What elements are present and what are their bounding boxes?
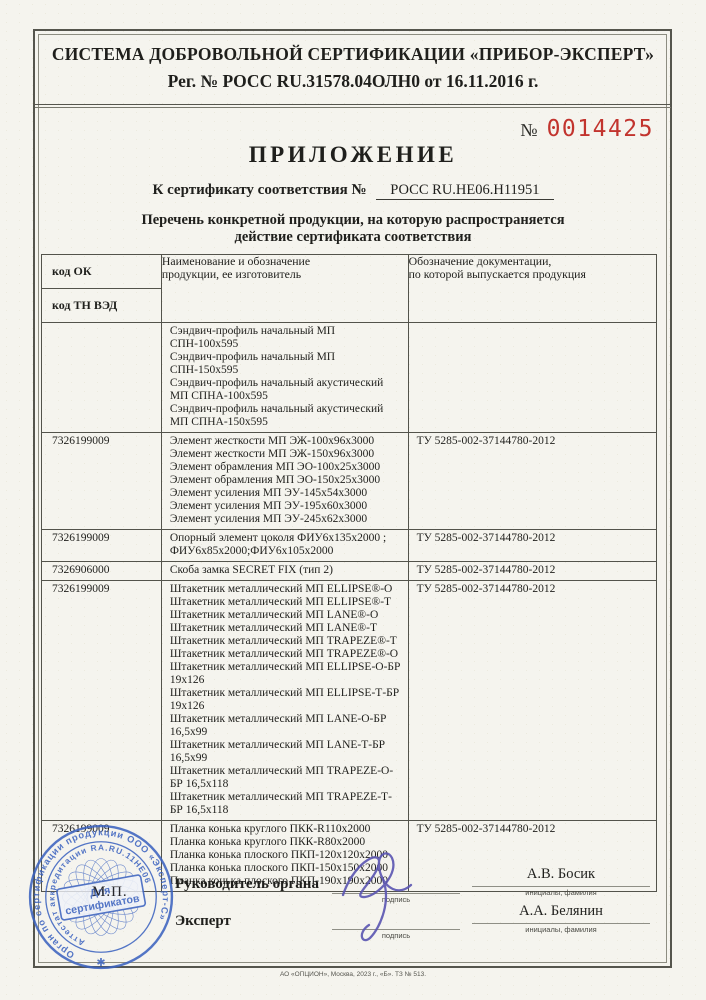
doc-cell: ТУ 5285-002-37144780-2012: [408, 433, 656, 530]
product-name-line: Штакетник металлический МП ELLIPSE-Т-БР …: [170, 687, 402, 713]
name-caption-2: инициалы, фамилия: [472, 925, 650, 934]
table-row: 7326906000Скоба замка SECRET FIX (тип 2)…: [42, 562, 657, 581]
header-code-cell: код ОК код ТН ВЭД: [42, 255, 162, 323]
product-name-line: Опорный элемент цоколя ФИУ6х135х2000 ; Ф…: [170, 532, 402, 558]
products-list-subtitle: Перечень конкретной продукции, на котору…: [45, 212, 661, 246]
form-serial: № 0014425: [520, 116, 654, 142]
code-cell: 7326906000: [42, 562, 162, 581]
code-cell: 7326199009: [42, 530, 162, 562]
product-name-line: Элемент жесткости МП ЭЖ-150х96х3000: [170, 448, 402, 461]
code-cell: 7326199009: [42, 433, 162, 530]
product-name-line: Штакетник металлический МП ELLIPSE®-Т: [170, 596, 402, 609]
code-cell: [42, 323, 162, 433]
product-name-cell: Элемент жесткости МП ЭЖ-100х96х3000Элеме…: [161, 433, 408, 530]
head-of-body-label: Руководитель органа: [175, 876, 319, 893]
doc-cell: [408, 323, 656, 433]
product-name-line: Штакетник металлический МП LANE®-О: [170, 609, 402, 622]
document-header: СИСТЕМА ДОБРОВОЛЬНОЙ СЕРТИФИКАЦИИ «ПРИБО…: [45, 44, 661, 92]
page-title: ПРИЛОЖЕНИЕ: [45, 142, 661, 168]
stamp-asterisk-icon: ✱: [96, 957, 105, 969]
header-code-tnved: код ТН ВЭД: [42, 289, 161, 322]
product-name-line: Элемент обрамления МП ЭО-100х25х3000: [170, 461, 402, 474]
header-divider-bottom: [35, 107, 671, 108]
table-row: 7326199009Опорный элемент цоколя ФИУ6х13…: [42, 530, 657, 562]
product-name-line: Сэндвич-профиль начальный акустический М…: [170, 403, 402, 429]
name-line-1: [472, 886, 650, 887]
product-name-line: Скоба замка SECRET FIX (тип 2): [170, 564, 402, 577]
product-name-cell: Штакетник металлический МП ELLIPSE®-ОШта…: [161, 581, 408, 821]
doc-cell: ТУ 5285-002-37144780-2012: [408, 530, 656, 562]
product-name-line: Сэндвич-профиль начальный МП СПН-150х595: [170, 351, 402, 377]
serial-prefix: №: [520, 120, 537, 141]
printing-house-imprint: АО «ОПЦИОН», Москва, 2023 г., «Б». ТЗ № …: [0, 971, 706, 978]
certificate-reference-label: К сертификату соответствия №: [152, 182, 366, 198]
handwritten-signature: [325, 843, 455, 951]
expert-name: А.А. Белянин: [472, 903, 650, 920]
table-row: 7326199009Штакетник металлический МП ELL…: [42, 581, 657, 821]
name-caption-1: инициалы, фамилия: [472, 888, 650, 897]
products-table-head: код ОК код ТН ВЭД Наименование и обознач…: [42, 255, 657, 323]
doc-cell: ТУ 5285-002-37144780-2012: [408, 562, 656, 581]
certificate-appendix-page: СИСТЕМА ДОБРОВОЛЬНОЙ СЕРТИФИКАЦИИ «ПРИБО…: [0, 0, 706, 1000]
product-name-line: Штакетник металлический МП TRAPEZE®-Т: [170, 635, 402, 648]
product-name-cell: Опорный элемент цоколя ФИУ6х135х2000 ; Ф…: [161, 530, 408, 562]
header-product-name: Наименование и обозначение продукции, ее…: [161, 255, 408, 323]
product-name-line: Штакетник металлический МП LANE-Т-БР 16,…: [170, 739, 402, 765]
head-of-body-name: А.В. Босик: [472, 866, 650, 883]
name-line-2: [472, 923, 650, 924]
product-name-cell: Сэндвич-профиль начальный МП СПН-100х595…: [161, 323, 408, 433]
certificate-number: РОСС RU.HE06.H11951: [376, 182, 553, 200]
product-name-line: Сэндвич-профиль начальный акустический М…: [170, 377, 402, 403]
product-table-body: Сэндвич-профиль начальный МП СПН-100х595…: [42, 323, 657, 892]
table-header-row: код ОК код ТН ВЭД Наименование и обознач…: [42, 255, 657, 323]
serial-number: 0014425: [547, 116, 654, 142]
doc-cell: ТУ 5285-002-37144780-2012: [408, 581, 656, 821]
certificate-reference: К сертификату соответствия № РОСС RU.HE0…: [45, 182, 661, 199]
registration-number-line: Рег. № РОСС RU.31578.04ОЛН0 от 16.11.201…: [45, 71, 661, 92]
header-code-ok: код ОК: [42, 255, 161, 289]
product-name-line: Штакетник металлический МП ELLIPSE®-О: [170, 583, 402, 596]
product-name-line: Штакетник металлический МП TRAPEZE®-О: [170, 648, 402, 661]
certification-system-title: СИСТЕМА ДОБРОВОЛЬНОЙ СЕРТИФИКАЦИИ «ПРИБО…: [45, 44, 661, 65]
product-name-line: Элемент усиления МП ЭУ-145х54х3000 Элеме…: [170, 487, 402, 526]
code-cell: 7326199009: [42, 581, 162, 821]
products-table: код ОК код ТН ВЭД Наименование и обознач…: [41, 254, 657, 892]
expert-label: Эксперт: [175, 913, 231, 930]
product-name-line: Штакетник металлический МП TRAPEZE-О-БР …: [170, 765, 402, 791]
product-name-line: Штакетник металлический МП LANE-О-БР 16,…: [170, 713, 402, 739]
header-divider-top: [35, 104, 671, 105]
product-name-line: Штакетник металлический МП TRAPEZE-Т-БР …: [170, 791, 402, 817]
mp-seal-placeholder: М.П.: [92, 884, 128, 901]
product-name-line: Сэндвич-профиль начальный МП СПН-100х595: [170, 325, 402, 351]
product-name-line: Элемент жесткости МП ЭЖ-100х96х3000: [170, 435, 402, 448]
header-documentation: Обозначение документации, по которой вып…: [408, 255, 656, 323]
table-row: Сэндвич-профиль начальный МП СПН-100х595…: [42, 323, 657, 433]
product-name-line: Штакетник металлический МП ELLIPSE-О-БР …: [170, 661, 402, 687]
product-name-line: Элемент обрамления МП ЭО-150х25х3000: [170, 474, 402, 487]
product-name-line: Штакетник металлический МП LANE®-Т: [170, 622, 402, 635]
table-row: 7326199009Элемент жесткости МП ЭЖ-100х96…: [42, 433, 657, 530]
product-name-cell: Скоба замка SECRET FIX (тип 2): [161, 562, 408, 581]
